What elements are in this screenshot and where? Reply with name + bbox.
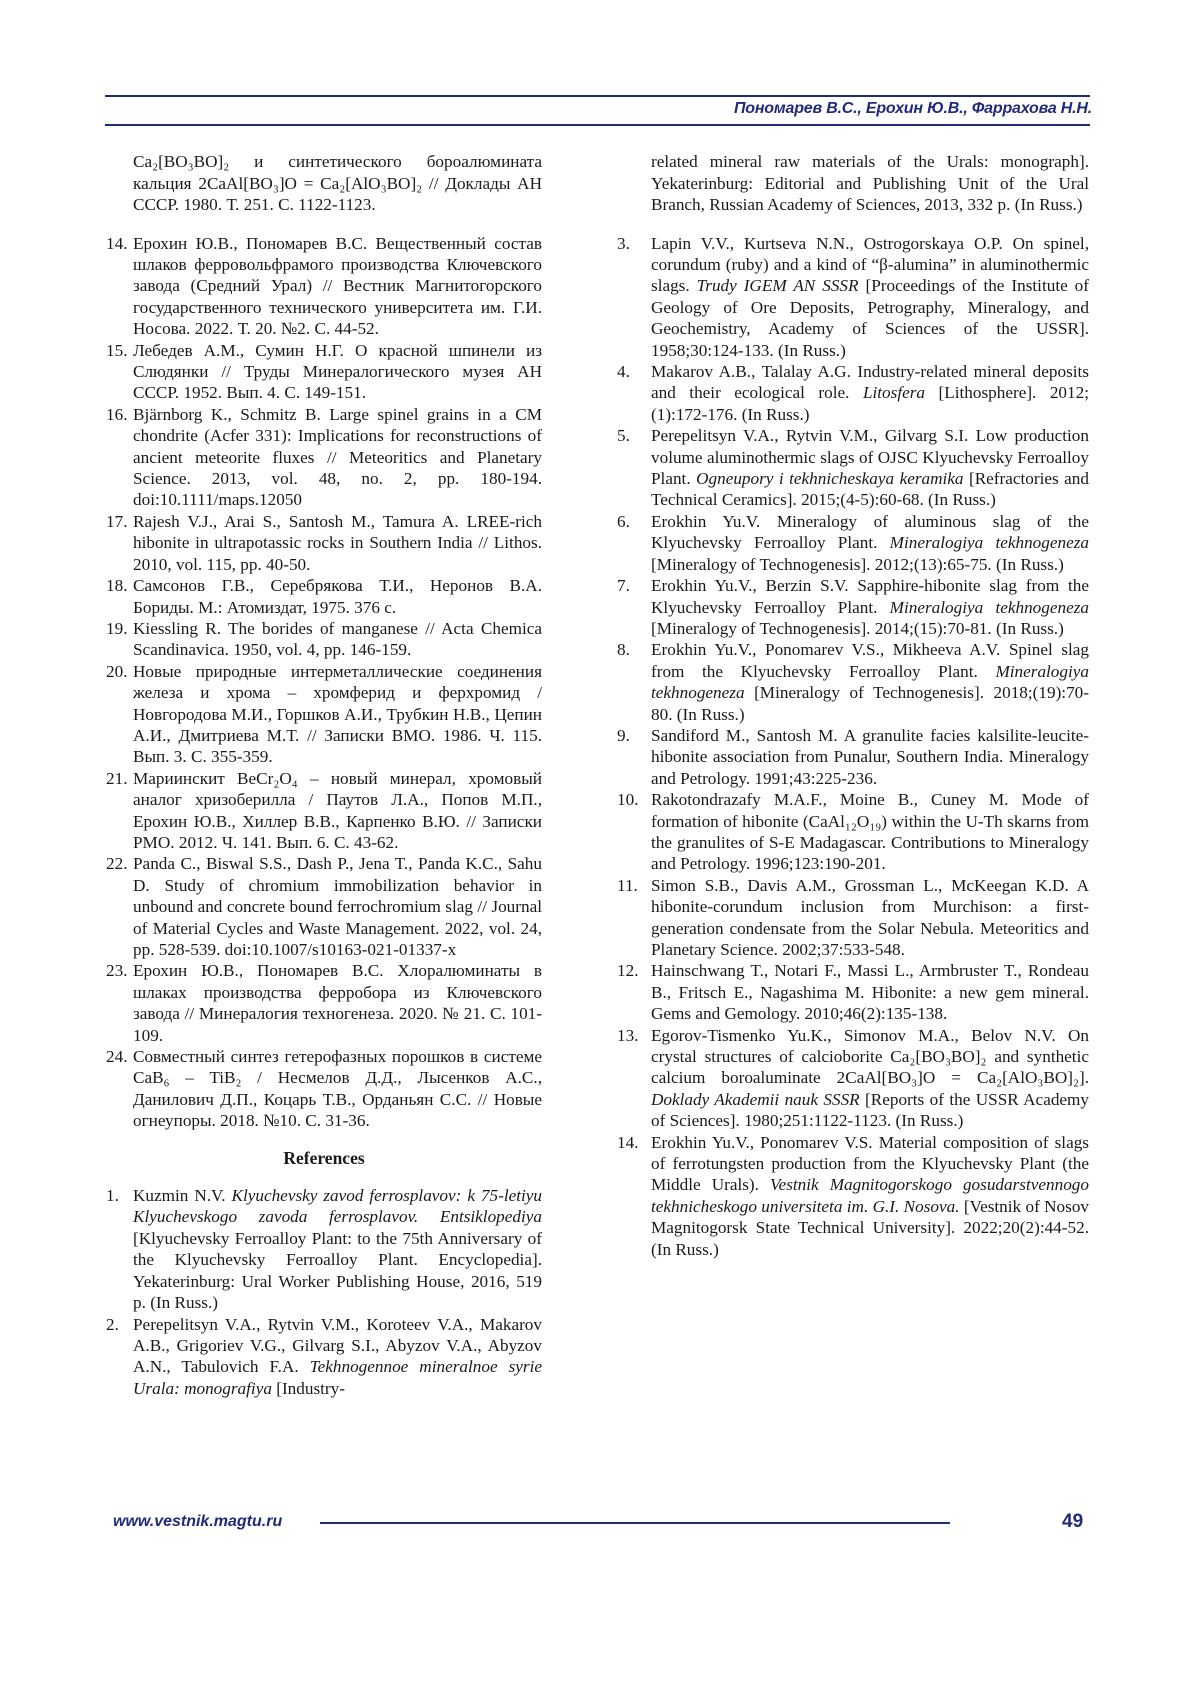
reference-item: 16.Bjärnborg K., Schmitz B. Large spinel…	[106, 404, 542, 511]
page-number: 49	[1062, 1511, 1083, 1533]
reference-item: 1.Kuzmin N.V. Klyuchevsky zavod ferrospl…	[106, 1185, 542, 1313]
reference-continuation: related mineral raw materials of the Ura…	[617, 151, 1089, 215]
running-header-authors: Пономарев В.С., Ерохин Ю.В., Фаррахова Н…	[734, 100, 1092, 118]
reference-item: 18.Самсонов Г.В., Серебрякова Т.И., Неро…	[106, 575, 542, 618]
reference-item: 15.Лебедев А.М., Сумин Н.Г. О красной шп…	[106, 340, 542, 404]
reference-item: 14.Erokhin Yu.V., Ponomarev V.S. Materia…	[617, 1132, 1089, 1260]
right-column: related mineral raw materials of the Ura…	[617, 134, 1089, 1260]
reference-item: 11.Simon S.B., Davis A.M., Grossman L., …	[617, 875, 1089, 961]
reference-item: 5.Perepelitsyn V.A., Rytvin V.M., Gilvar…	[617, 425, 1089, 511]
references-heading: References	[106, 1148, 542, 1169]
reference-item: 21.Мариинскит BeCr₂O₄ – новый минерал, х…	[106, 768, 542, 854]
english-reference-list: 1.Kuzmin N.V. Klyuchevsky zavod ferrospl…	[106, 1185, 542, 1399]
reference-item: 14.Ерохин Ю.В., Пономарев В.С. Веществен…	[106, 233, 542, 340]
reference-item: 3.Lapin V.V., Kurtseva N.N., Ostrogorska…	[617, 233, 1089, 361]
reference-continuation: Ca₂[BO₃BO]₂ и синтетического бороалюмина…	[106, 151, 542, 215]
footer-website-link[interactable]: www.vestnik.magtu.ru	[113, 1513, 282, 1531]
russian-reference-list: 14.Ерохин Ю.В., Пономарев В.С. Веществен…	[106, 233, 542, 1132]
footer-rule	[320, 1522, 950, 1524]
left-column: Ca₂[BO₃BO]₂ и синтетического бороалюмина…	[106, 134, 542, 1399]
reference-item: 4.Makarov A.B., Talalay A.G. Industry-re…	[617, 361, 1089, 425]
reference-item: 9.Sandiford M., Santosh M. A granulite f…	[617, 725, 1089, 789]
reference-item: 6.Erokhin Yu.V. Mineralogy of aluminous …	[617, 511, 1089, 575]
reference-item: 7.Erokhin Yu.V., Berzin S.V. Sapphire-hi…	[617, 575, 1089, 639]
header-rule-bottom	[105, 124, 1090, 126]
reference-item: 13.Egorov-Tismenko Yu.K., Simonov M.A., …	[617, 1025, 1089, 1132]
reference-item: 20.Новые природные интерметаллические со…	[106, 661, 542, 768]
header-rule-top	[105, 95, 1090, 97]
reference-item: 24.Совместный синтез гетерофазных порошк…	[106, 1046, 542, 1132]
reference-item: 22.Panda C., Biswal S.S., Dash P., Jena …	[106, 853, 542, 960]
english-reference-list-continued: 3.Lapin V.V., Kurtseva N.N., Ostrogorska…	[617, 233, 1089, 1261]
reference-item: 10.Rakotondrazafy M.A.F., Moine B., Cune…	[617, 789, 1089, 875]
reference-item: 19.Kiessling R. The borides of manganese…	[106, 618, 542, 661]
reference-item: 23.Ерохин Ю.В., Пономарев В.С. Хлоралюми…	[106, 960, 542, 1046]
reference-item: 12.Hainschwang T., Notari F., Massi L., …	[617, 960, 1089, 1024]
reference-item: 17.Rajesh V.J., Arai S., Santosh M., Tam…	[106, 511, 542, 575]
reference-item: 2.Perepelitsyn V.A., Rytvin V.M., Korote…	[106, 1314, 542, 1400]
reference-item: 8.Erokhin Yu.V., Ponomarev V.S., Mikheev…	[617, 639, 1089, 725]
